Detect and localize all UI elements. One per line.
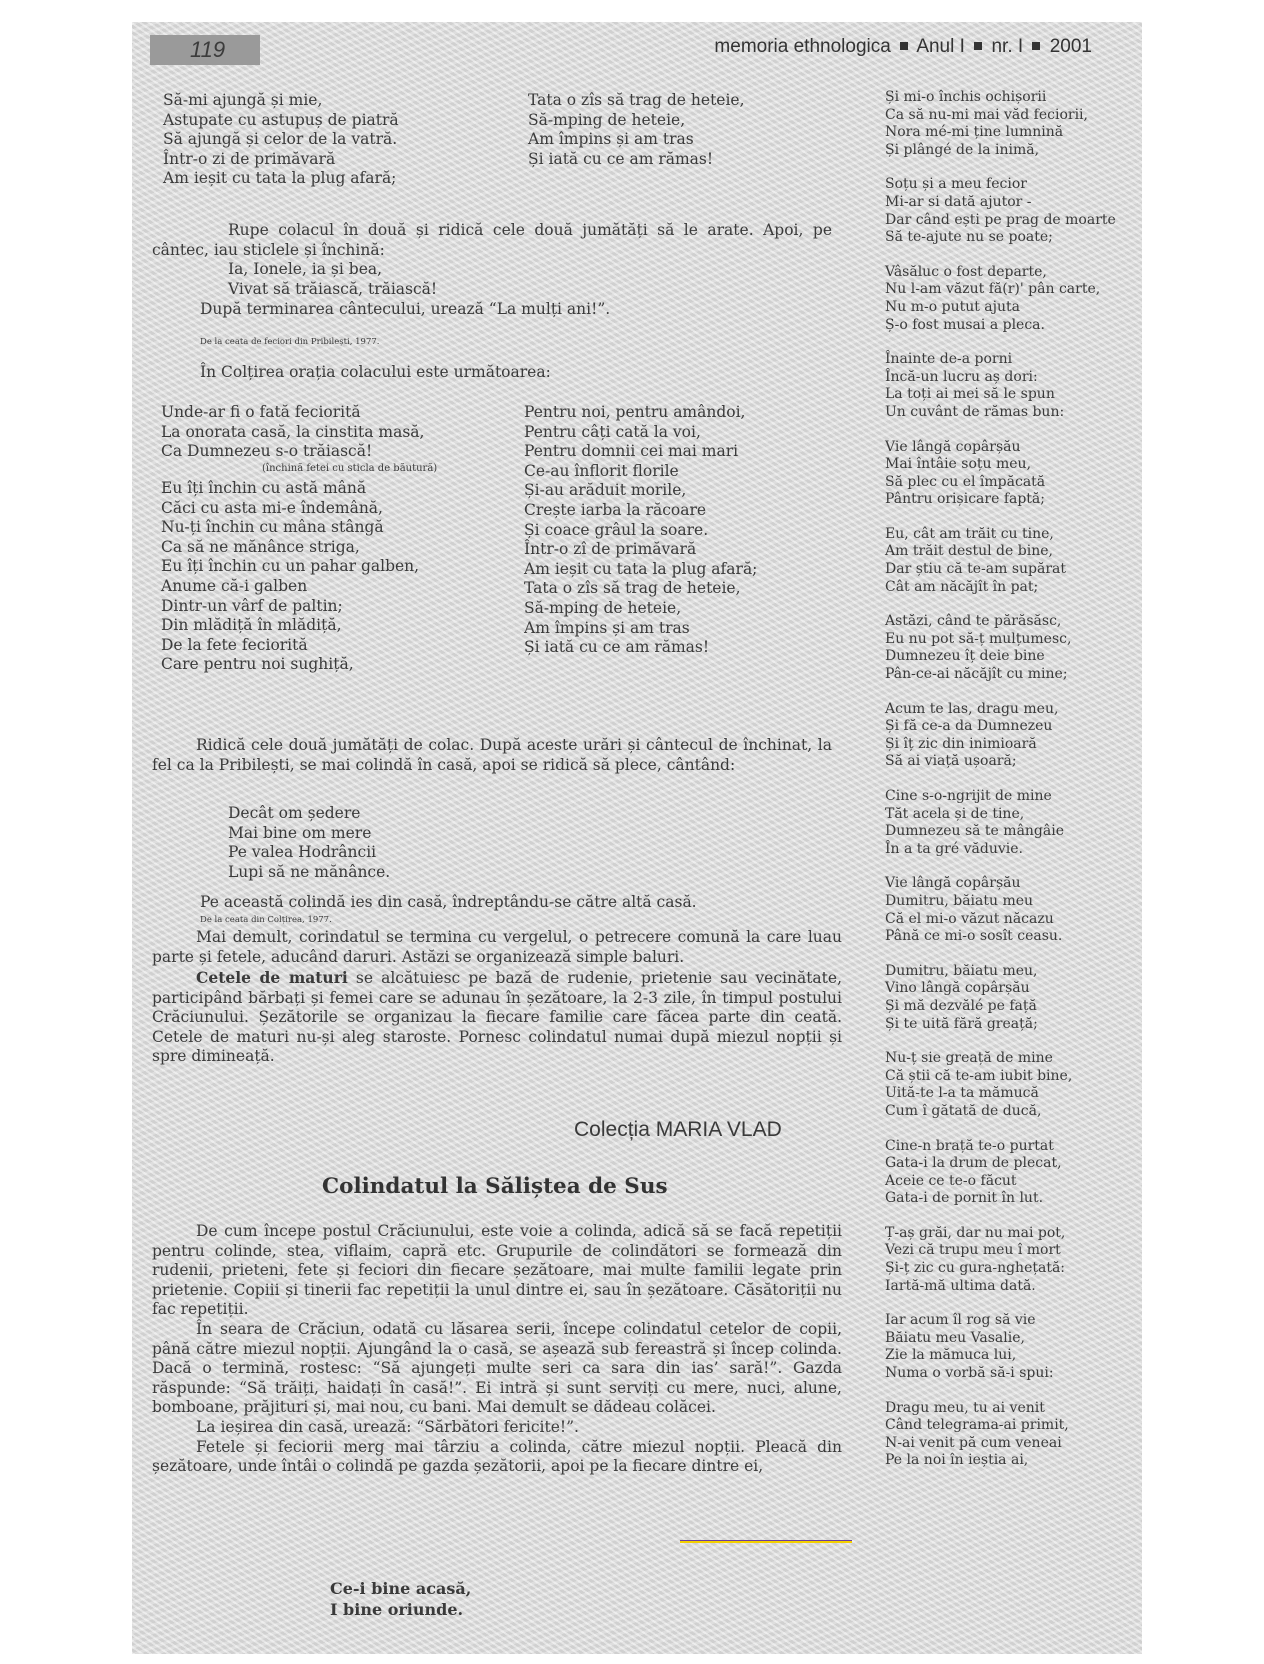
- article-body: De cum începe postul Crăciunului, este v…: [152, 1222, 842, 1477]
- year: 2001: [1050, 36, 1092, 57]
- square-bullet-icon: [900, 42, 908, 50]
- stage-direction: (închină fetei cu sticla de băutură): [262, 463, 437, 474]
- article-title: Colindatul la Săliștea de Sus: [322, 1174, 668, 1199]
- source-note-coltirea: De la ceata din Colțirea, 1977.: [200, 915, 332, 925]
- volume: Anul I: [916, 36, 965, 57]
- running-header: memoria ethnologica Anul I nr. I 2001: [714, 36, 1092, 58]
- stanza: Înainte de-a porni Încă-un lucru aș dori…: [885, 351, 1135, 421]
- stanza: Acum te las, dragu meu, Și fă ce-a da Du…: [885, 701, 1135, 771]
- article-paragraph: La ieșirea din casă, urează: “Sărbători …: [152, 1418, 842, 1438]
- stanza: Nu-ț sie greață de mine Că știi că te-am…: [885, 1050, 1135, 1120]
- oratie-left-part-b: Eu îți închin cu astă mână Căci cu asta …: [161, 479, 419, 675]
- article-paragraph: De cum începe postul Crăciunului, este v…: [152, 1222, 842, 1320]
- stanza: Și mi-o închis ochișorii Ca să nu-mi mai…: [885, 89, 1135, 159]
- toast-verse: Ia, Ionele, ia și bea, Vivat să trăiască…: [228, 260, 437, 299]
- closing-verse: Ce-i bine acasă, I bine oriunde.: [330, 1578, 471, 1620]
- paragraph-coltirea-intro: În Colțirea orația colacului este următo…: [200, 363, 551, 383]
- stanza: Ț-aș grăi, dar nu mai pot, Vezi că trupu…: [885, 1225, 1135, 1295]
- stanza: Dragu meu, tu ai venit Când telegrama-ai…: [885, 1400, 1135, 1470]
- oratie-left-part-a: Unde-ar fi o fată feciorită La onorata c…: [161, 403, 424, 462]
- stanza: Cine-n brață te-o purtat Gata-i la drum …: [885, 1138, 1135, 1208]
- paragraph-rupe-colacul: Rupe colacul în două și ridică cele două…: [152, 221, 832, 260]
- issue: nr. I: [991, 36, 1023, 57]
- paragraph-ridica: Ridică cele două jumătăți de colac. După…: [152, 736, 832, 775]
- stanza: Iar acum îl rog să vie Băiatu meu Vasali…: [885, 1312, 1135, 1382]
- verse-top-right: Tata o zîs să trag de heteie, Să-mping d…: [528, 91, 745, 169]
- stanza: Soțu și a meu fecior Mi-ar si dată ajuto…: [885, 176, 1135, 246]
- paragraph-mai-demult: Mai demult, corindatul se termina cu ver…: [152, 928, 842, 967]
- verse-top-left: Să-mi ajungă și mie, Astupate cu astupuș…: [163, 91, 399, 189]
- source-note-pribilesti: De la ceata de feciori din Pribilești, 1…: [200, 337, 380, 347]
- paragraph-pe-aceasta: Pe această colindă ies din casă, îndrept…: [200, 893, 697, 913]
- square-bullet-icon: [974, 42, 982, 50]
- article-paragraph: Fetele și feciorii merg mai târziu a col…: [152, 1438, 842, 1477]
- stanza: Eu, cât am trăit cu tine, Am trăit destu…: [885, 526, 1135, 596]
- stanza: Vie lângă copârșău Mai întâie soțu meu, …: [885, 439, 1135, 509]
- stanza: Dumitru, băiatu meu, Vino lângă copârșău…: [885, 963, 1135, 1033]
- oratie-right: Pentru noi, pentru amândoi, Pentru câți …: [524, 403, 757, 658]
- journal-name: memoria ethnologica: [714, 36, 890, 57]
- stanza: Vâsăluc o fost departe, Nu l-am văzut fă…: [885, 264, 1135, 334]
- paragraph-dupa-terminarea: După terminarea cântecului, urează “La m…: [200, 300, 610, 320]
- term-cetele-de-maturi: Cetele de maturi: [196, 968, 348, 987]
- decorative-rule: [680, 1540, 852, 1543]
- right-column-lament: Și mi-o închis ochișorii Ca să nu-mi mai…: [885, 89, 1135, 1487]
- stanza: Cine s-o-ngrijit de mine Tăt acela și de…: [885, 788, 1135, 858]
- stanza: Vie lângă copârșău Dumitru, băiatu meu C…: [885, 875, 1135, 945]
- page-number: 119: [150, 35, 260, 65]
- paragraph-cetele-de-maturi: Cetele de maturi se alcătuiesc pe bază d…: [152, 968, 842, 1067]
- stanza: Astăzi, când te părăsăsc, Eu nu pot să-ț…: [885, 613, 1135, 683]
- collection-credit: Colecția MARIA VLAD: [574, 1118, 782, 1142]
- square-bullet-icon: [1032, 42, 1040, 50]
- departure-verse: Decât om ședere Mai bine om mere Pe vale…: [228, 804, 390, 882]
- article-paragraph: În seara de Crăciun, odată cu lăsarea se…: [152, 1320, 842, 1418]
